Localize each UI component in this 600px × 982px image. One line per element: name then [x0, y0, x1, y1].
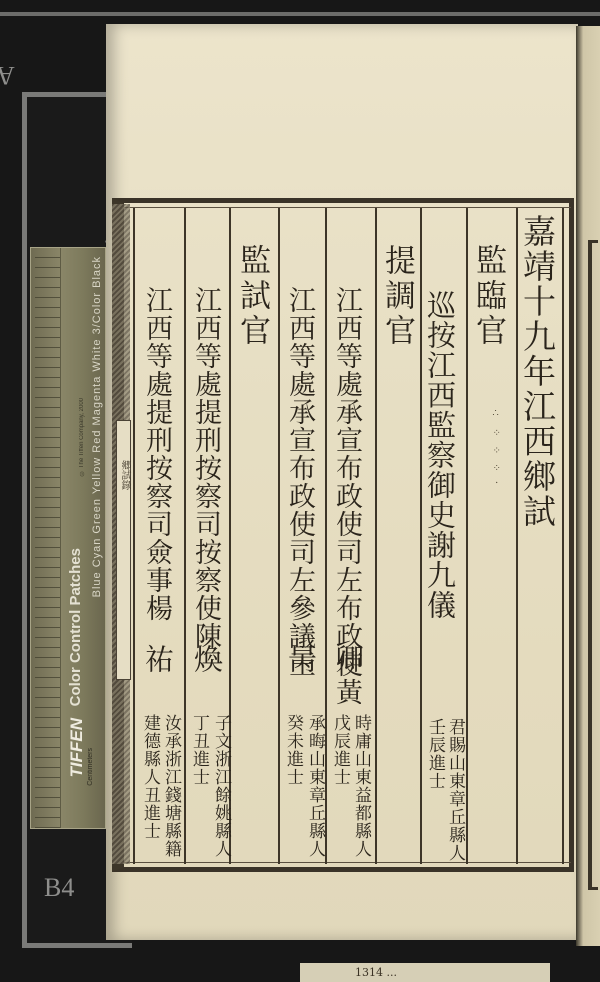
given-name-huang: 卿 — [333, 644, 362, 674]
color-control-strip: TIFFEN Color Control Patches Blue Cyan G… — [30, 247, 106, 829]
board-label-b4-bottom: B4 — [44, 873, 74, 903]
given-name-yang: 祐 — [143, 644, 172, 674]
copyright-text: © The Tiffen Company, 2000 — [79, 398, 85, 476]
color-names: Blue Cyan Green Yellow Red Magenta White… — [91, 256, 103, 597]
note-xie-origin: 君賜山東章丘縣人 — [446, 718, 463, 862]
bottom-slip-text: 1314 ... — [355, 966, 397, 979]
given-name-wang: 昺 — [286, 644, 315, 674]
column-rule — [184, 208, 186, 864]
office-heading-proctor: 提調官 — [381, 244, 412, 349]
official-title-xie: 巡按江西監察御史謝九儀 — [425, 290, 454, 620]
note-wang-origin: 承晦山東章丘縣人 — [306, 714, 323, 858]
note-yang-origin: 汝承浙江錢塘縣籍 — [162, 714, 179, 858]
fold-center-strip — [116, 420, 131, 680]
official-title-yang: 江西等處提刑按察司僉事楊 — [143, 286, 169, 622]
adjacent-page-frame — [588, 240, 598, 890]
column-rule — [133, 208, 135, 864]
note-yang-degree: 建德縣人丑進士 — [141, 714, 158, 840]
column-rule — [278, 208, 280, 864]
note-huang-degree: 戊辰進士 — [331, 714, 348, 786]
note-huang-origin: 時庸山東益都縣人 — [352, 714, 369, 858]
column-rule — [466, 208, 468, 864]
official-title-huang: 江西等處承宣布政使司左布政使黃 — [333, 286, 359, 706]
units-label: Centimeters — [87, 748, 94, 786]
board-edge-line — [0, 12, 600, 16]
note-xie-degree: 壬辰進士 — [426, 718, 443, 790]
ruler-scale — [35, 248, 61, 828]
given-name-chen: 煥 — [192, 644, 221, 674]
document-title: 嘉靖十九年江西鄉試 — [521, 214, 554, 529]
bottom-paper-slip — [300, 963, 550, 982]
column-rule — [375, 208, 377, 864]
office-heading-examiner: 監試官 — [236, 244, 267, 349]
column-rule — [420, 208, 422, 864]
office-heading-supervisor: 監臨官 — [472, 244, 503, 349]
column-rule — [325, 208, 327, 864]
fold-label: 郷試錄 — [117, 460, 132, 490]
column-rule — [562, 208, 564, 864]
note-chen-origin: 子文浙江餘姚縣人 — [212, 714, 229, 858]
strip-title: Color Control Patches — [67, 548, 84, 706]
tiffen-logo: TIFFEN — [67, 718, 87, 778]
note-wang-degree: 癸未進士 — [284, 714, 301, 786]
note-chen-degree: 丁丑進士 — [190, 714, 207, 786]
board-label-a: A — [0, 60, 15, 90]
official-title-wang: 江西等處承宣布政使司左參議王 — [286, 286, 312, 678]
official-title-chen: 江西等處提刑按察司按察使陳 — [192, 286, 218, 650]
seal-marks: ∴ ⁘ ⁘ ⁘ · — [490, 408, 501, 487]
